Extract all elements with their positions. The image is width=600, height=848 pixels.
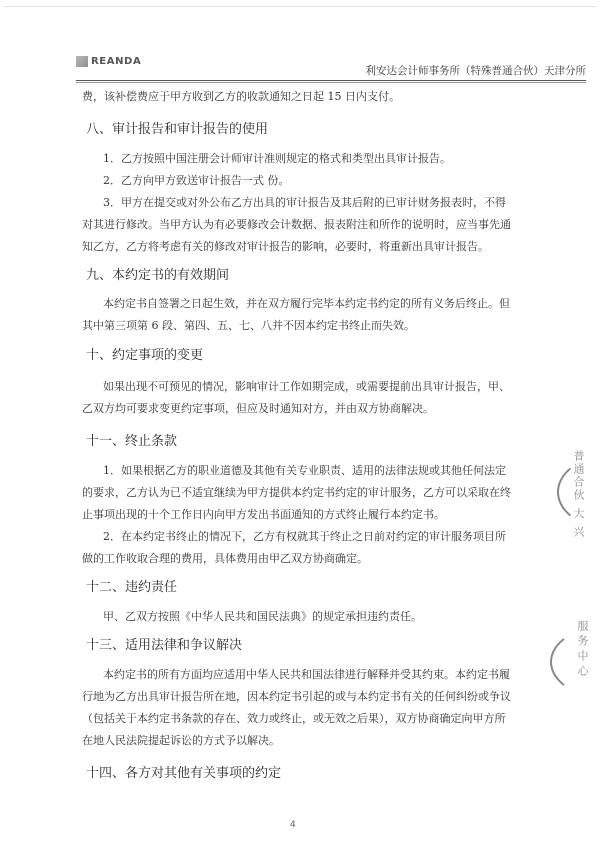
seal-text: 服务中心 [574,620,588,680]
paragraph-line: 甲、乙双方按照《中华人民共和国民法典》的规定承担违约责任。 [103,610,422,624]
section-heading-13: 十三、适用法律和争议解决 [86,638,242,654]
paragraph-line: （包括关于本约定书条款的存在、效力或终止，或无效之后果），双方协商确定向甲方所 [82,712,506,726]
firm-name: 利安达会计师事务所（特殊普通合伙）天津分所 [366,63,587,78]
page-header: REANDA 利安达会计师事务所（特殊普通合伙）天津分所 [76,54,586,84]
section-heading-12: 十二、违约责任 [86,580,177,596]
paragraph-line: 1．乙方按照中国注册会计师审计准则规定的格式和类型出具审计报告。 [103,152,451,166]
paragraph-line: 费，该补偿费应于甲方收到乙方的收款通知之日起 15 日内支付。 [82,90,400,104]
section-heading-10: 十、约定事项的变更 [86,348,203,364]
paragraph-line: 知乙方，乙方将考虑有关的修改对审计报告的影响，必要时，将重新出具审计报告。 [82,240,489,254]
paragraph-line: 乙双方均可要求变更约定事项，但应及时通知对方，并由双方协商解决。 [82,402,434,416]
paragraph-line: 在地人民法院提起诉讼的方式予以解决。 [82,734,280,748]
paragraph-line: 行地为乙方出具审计报告所在地，因本约定书引起的或与本约定书有关的任何纠纷或争议 [82,690,511,704]
seal-text: 普通合伙 大 兴 [570,450,584,539]
paragraph-line: 做的工作收取合理的费用，具体费用由甲乙双方协商确定。 [82,552,368,566]
paragraph-line: 1．如果根据乙方的职业道德及其他有关专业职责、适用的法律法规或其他任何法定 [103,464,506,478]
reanda-logo-icon [76,56,88,67]
paragraph-line: 的要求，乙方认为已不适宜继续为甲方提供本约定书约定的审计服务，乙方可以采取在终 [82,486,511,500]
section-heading-11: 十一、终止条款 [86,434,177,450]
page-number: 4 [290,820,296,830]
header-rule-thin [76,82,586,83]
paragraph-line: 2．乙方向甲方致送审计报告一式 份。 [103,174,290,188]
section-heading-14: 十四、各方对其他有关事项的约定 [86,766,281,782]
header-rule [76,80,586,81]
logo-text: REANDA [91,56,141,67]
paragraph-line: 其中第三项第 6 段、第四、五、七、八并不因本约定书终止而失效。 [82,319,415,333]
section-heading-9: 九、本约定书的有效期间 [86,268,229,284]
firm-logo: REANDA [76,56,141,67]
paragraph-line: 止事项出现的十个工作日内向甲方发出书面通知的方式终止履行本约定书。 [82,508,445,522]
section-heading-8: 八、审计报告和审计报告的使用 [86,122,268,138]
paragraph-line: 本约定书的所有方面均应适用中华人民共和国法律进行解释并受其约束。本约定书履 [103,668,510,682]
paragraph-line: 对其进行修改。当甲方认为有必要修改会计数据、报表附注和所作的说明时，应当事先通 [82,218,511,232]
paragraph-line: 2．在本约定书终止的情况下，乙方有权就其于终止之日前对约定的审计服务项目所 [103,530,506,544]
paragraph-line: 3．甲方在提交或对外公布乙方出具的审计报告及其后附的已审计财务报表时，不得 [103,196,506,210]
paragraph-line: 本约定书自签署之日起生效，并在双方履行完毕本约定书约定的所有义务后终止。但 [103,297,510,311]
paragraph-line: 如果出现不可预见的情况，影响审计工作如期完成，或需要提前出具审计报告，甲、 [103,380,510,394]
scan-edge [4,6,596,7]
